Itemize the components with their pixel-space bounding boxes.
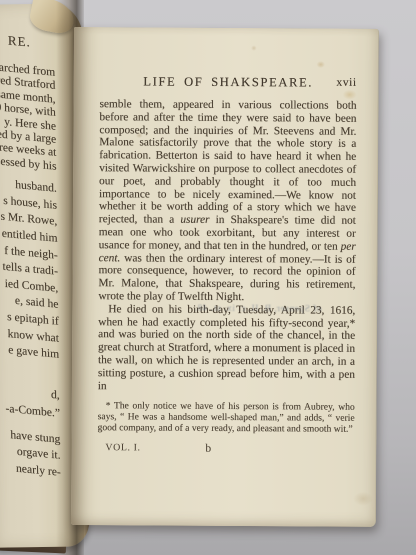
paragraph-text: semble them, appeared in various collect… xyxy=(99,98,357,226)
paragraph-text: was then the ordinary interest of money.… xyxy=(98,252,355,303)
body-paragraph-1: semble them, appeared in various collect… xyxy=(98,98,356,304)
running-header: LIFE OF SHAKSPEARE. xvii xyxy=(100,74,357,92)
left-page-header-fragment: RE. xyxy=(8,33,31,48)
italic-term-usurer: usurer xyxy=(180,214,209,226)
book-photo: RE. marched from red Stratford same mont… xyxy=(0,0,416,555)
body-paragraph-2: He died on his birth-day, Tuesday, April… xyxy=(98,303,356,394)
page-footer: VOL. I. b xyxy=(97,442,354,458)
right-page: LIFE OF SHAKSPEARE. xvii semble them, ap… xyxy=(71,27,379,527)
volume-label: VOL. I. xyxy=(105,442,140,453)
running-header-title: LIFE OF SHAKSPEARE. xyxy=(143,74,313,89)
body-text: semble them, appeared in various collect… xyxy=(98,98,357,394)
left-page-text-line: e gave him xyxy=(8,342,59,363)
footnote: * The only notice we have of his person … xyxy=(98,401,355,435)
left-page-text-line: nearly re- xyxy=(16,460,61,481)
left-page-text-line: -a-Combe.” xyxy=(5,401,60,422)
page-number: xvii xyxy=(336,77,356,89)
page-content: LIFE OF SHAKSPEARE. xvii semble them, ap… xyxy=(97,74,356,457)
left-page-text: RE. marched from red Stratford same mont… xyxy=(0,32,61,481)
signature-mark: b xyxy=(205,443,211,455)
